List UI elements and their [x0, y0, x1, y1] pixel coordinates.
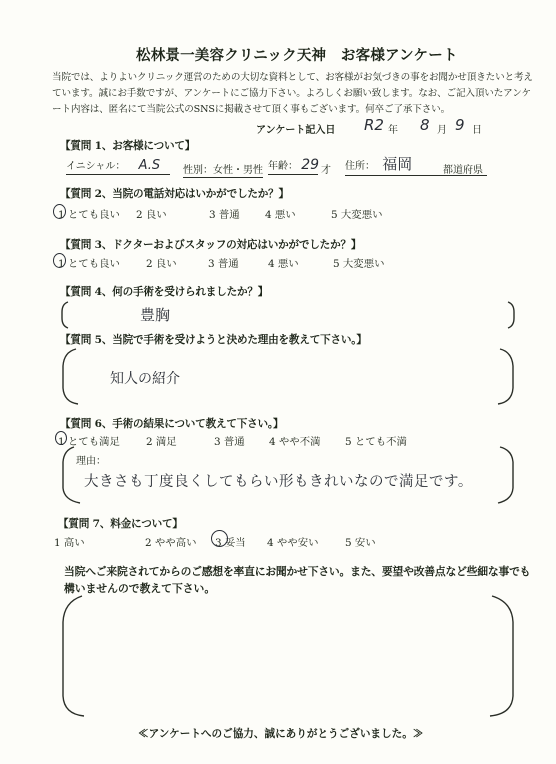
- comments-bracket: [0, 0, 556, 764]
- footer-thanks: ≪アンケートへのご協力、誠にありがとうございました。≫: [138, 726, 423, 741]
